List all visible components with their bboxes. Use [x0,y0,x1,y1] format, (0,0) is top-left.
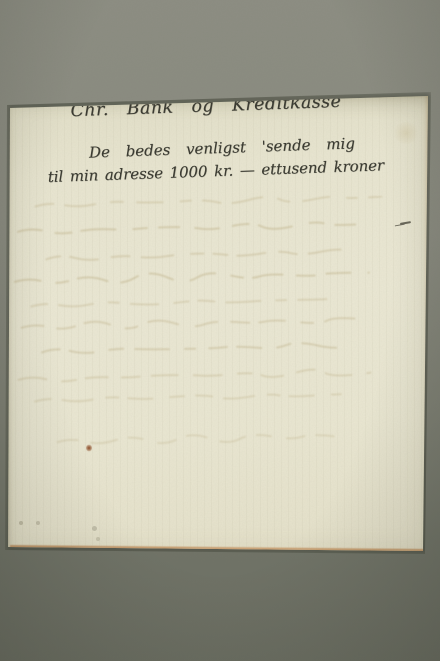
photograph-of-letter: Chr. Bank og Kreditkasse De bedes venlig… [0,0,440,661]
photo-vignette [0,0,440,661]
